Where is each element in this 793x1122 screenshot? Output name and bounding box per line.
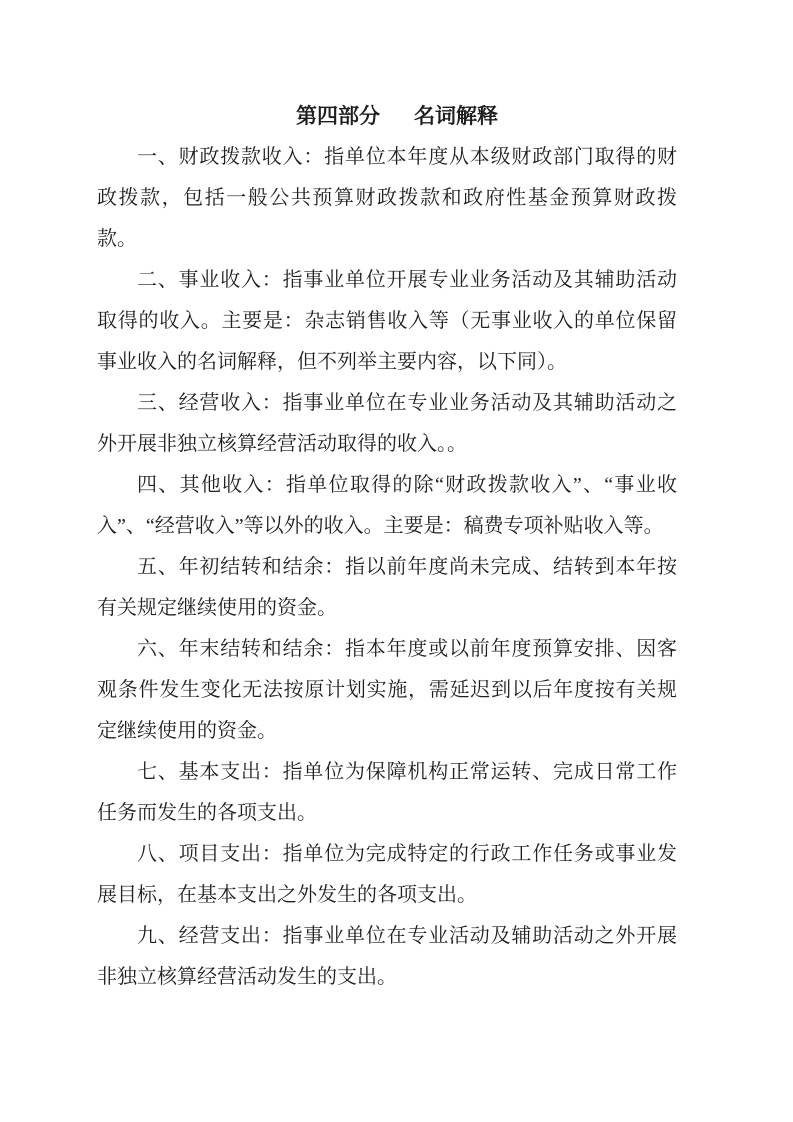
paragraph: 八、项目支出：指单位为完成特定的行政工作任务或事业发展目标，在基本支出之外发生的… <box>97 834 677 916</box>
text-line: 款。 <box>97 219 677 260</box>
paragraphs: 一、财政拨款收入：指单位本年度从本级财政部门取得的财政拨款，包括一般公共预算财政… <box>97 137 677 998</box>
paragraph: 四、其他收入：指单位取得的除“财政拨款收入”、“事业收入”、“经营收入”等以外的… <box>97 465 677 547</box>
text-line: 二、事业收入：指事业单位开展专业业务活动及其辅助活动 <box>97 260 677 301</box>
page-title-part2: 名词解释 <box>414 105 498 128</box>
text-line: 事业收入的名词解释，但不列举主要内容，以下同）。 <box>97 342 677 383</box>
paragraph: 七、基本支出：指单位为保障机构正常运转、完成日常工作任务而发生的各项支出。 <box>97 752 677 834</box>
text-line: 外开展非独立核算经营活动取得的收入。。 <box>97 424 677 465</box>
text-line: 五、年初结转和结余：指以前年度尚未完成、结转到本年按 <box>97 547 677 588</box>
text-line: 七、基本支出：指单位为保障机构正常运转、完成日常工作 <box>97 752 677 793</box>
text-line: 四、其他收入：指单位取得的除“财政拨款收入”、“事业收 <box>97 465 677 506</box>
page-title-part1: 第四部分 <box>296 105 380 128</box>
text-line: 九、经营支出：指事业单位在专业活动及辅助活动之外开展 <box>97 916 677 957</box>
text-line: 一、财政拨款收入：指单位本年度从本级财政部门取得的财 <box>97 137 677 178</box>
paragraph: 六、年末结转和结余：指本年度或以前年度预算安排、因客观条件发生变化无法按原计划实… <box>97 629 677 752</box>
document-page: 第四部分名词解释 一、财政拨款收入：指单位本年度从本级财政部门取得的财政拨款，包… <box>0 0 793 1122</box>
paragraph: 九、经营支出：指事业单位在专业活动及辅助活动之外开展非独立核算经营活动发生的支出… <box>97 916 677 998</box>
text-line: 政拨款，包括一般公共预算财政拨款和政府性基金预算财政拨 <box>97 178 677 219</box>
text-line: 任务而发生的各项支出。 <box>97 793 677 834</box>
text-line: 八、项目支出：指单位为完成特定的行政工作任务或事业发 <box>97 834 677 875</box>
text-line: 三、经营收入：指事业单位在专业业务活动及其辅助活动之 <box>97 383 677 424</box>
text-line: 入”、“经营收入”等以外的收入。主要是：稿费专项补贴收入等。 <box>97 506 677 547</box>
paragraph: 五、年初结转和结余：指以前年度尚未完成、结转到本年按有关规定继续使用的资金。 <box>97 547 677 629</box>
text-line: 非独立核算经营活动发生的支出。 <box>97 957 677 998</box>
paragraph: 一、财政拨款收入：指单位本年度从本级财政部门取得的财政拨款，包括一般公共预算财政… <box>97 137 677 260</box>
text-line: 观条件发生变化无法按原计划实施，需延迟到以后年度按有关规 <box>97 670 677 711</box>
page-title: 第四部分名词解释 <box>107 96 687 137</box>
text-line: 取得的收入。主要是：杂志销售收入等（无事业收入的单位保留 <box>97 301 677 342</box>
text-line: 定继续使用的资金。 <box>97 711 677 752</box>
paragraph: 二、事业收入：指事业单位开展专业业务活动及其辅助活动取得的收入。主要是：杂志销售… <box>97 260 677 383</box>
text-line: 有关规定继续使用的资金。 <box>97 588 677 629</box>
paragraph: 三、经营收入：指事业单位在专业业务活动及其辅助活动之外开展非独立核算经营活动取得… <box>97 383 677 465</box>
text-line: 六、年末结转和结余：指本年度或以前年度预算安排、因客 <box>97 629 677 670</box>
text-line: 展目标，在基本支出之外发生的各项支出。 <box>97 875 677 916</box>
